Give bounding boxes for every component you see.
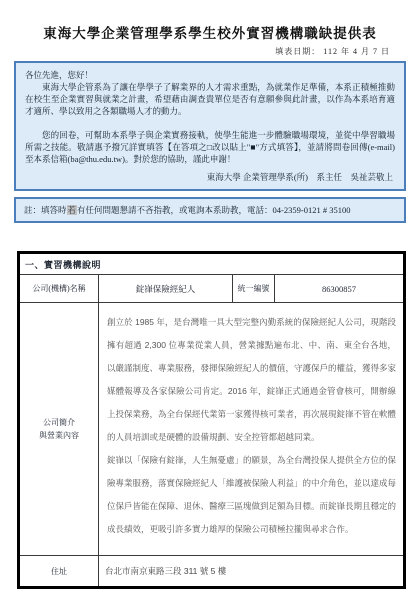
note-box: 註：填答時若有任何問題懇請不吝指教，或電詢本系助教，電話：04-2359-012… xyxy=(14,197,406,223)
table-row-company: 公司(機構)名稱 錠嵂保險經紀人 統一編號 86300857 xyxy=(19,275,405,303)
company-intro-label: 公司簡介 與營業內容 xyxy=(19,303,99,556)
form-date-value: 112 年 4 月 7 日 xyxy=(323,47,390,56)
tax-id-value: 86300857 xyxy=(275,275,405,303)
table-row-section-header: 一、實習機構說明 xyxy=(19,253,405,275)
company-name-value: 錠嵂保險經紀人 xyxy=(99,275,233,303)
tax-id-label: 統一編號 xyxy=(233,275,275,303)
intro-paragraph-1: 創立於 1985 年，是台灣唯一具大型完整內勤系統的保險經紀人公司，現階段擁有超… xyxy=(107,311,396,449)
form-date: 填表日期： 112 年 4 月 7 日 xyxy=(275,46,390,57)
address-label: 住址 xyxy=(19,556,99,588)
company-intro-text: 創立於 1985 年，是台灣唯一具大型完整內勤系統的保險經紀人公司，現階段擁有超… xyxy=(99,303,405,556)
letter-signature: 東海大學 企業管理學系(所) 系主任 吳祉芸敬上 xyxy=(25,171,395,183)
table-row-intro: 公司簡介 與營業內容 創立於 1985 年，是台灣唯一具大型完整內勤系統的保險經… xyxy=(19,303,405,556)
letter-paragraph-2: 您的回卷，可幫助本系學子與企業實務接軌，使學生能進一步體驗職場環境，並從中學習職… xyxy=(25,129,395,165)
intro-letter-box: 各位先進，您好！ 東海大學企管系為了讓在學學子了解業界的人才需求重點，為就業作足… xyxy=(14,61,406,191)
table-row-address: 住址 台北市南京東路三段 311 號 5 樓 xyxy=(19,556,405,588)
section-title: 一、實習機構說明 xyxy=(19,253,405,275)
note-suffix: 有任何問題懇請不吝指教，或電詢本系助教，電話：04-2359-0121 # 35… xyxy=(77,205,350,215)
letter-greeting: 各位先進，您好！ xyxy=(25,69,395,81)
note-highlighted-char: 若 xyxy=(67,205,78,215)
page-title: 東海大學企業管理學系學生校外實習機構職缺提供表 xyxy=(0,22,420,42)
intro-paragraph-2: 錠嵂以「保險有錠嵂，人生無憂慮」的願景，為全台灣投保人提供全方位的保險專業服務，… xyxy=(107,449,396,541)
address-value: 台北市南京東路三段 311 號 5 樓 xyxy=(99,556,405,588)
note-prefix: 註：填答時 xyxy=(24,205,67,215)
company-name-label: 公司(機構)名稱 xyxy=(19,275,99,303)
note-text: 註：填答時若有任何問題懇請不吝指教，或電詢本系助教，電話：04-2359-012… xyxy=(24,204,350,216)
letter-paragraph-1: 東海大學企管系為了讓在學學子了解業界的人才需求重點，為就業作足準備，本系正積極推… xyxy=(25,81,395,117)
form-date-label: 填表日期： xyxy=(275,47,320,56)
internship-table: 一、實習機構說明 公司(機構)名稱 錠嵂保險經紀人 統一編號 86300857 … xyxy=(17,251,406,589)
